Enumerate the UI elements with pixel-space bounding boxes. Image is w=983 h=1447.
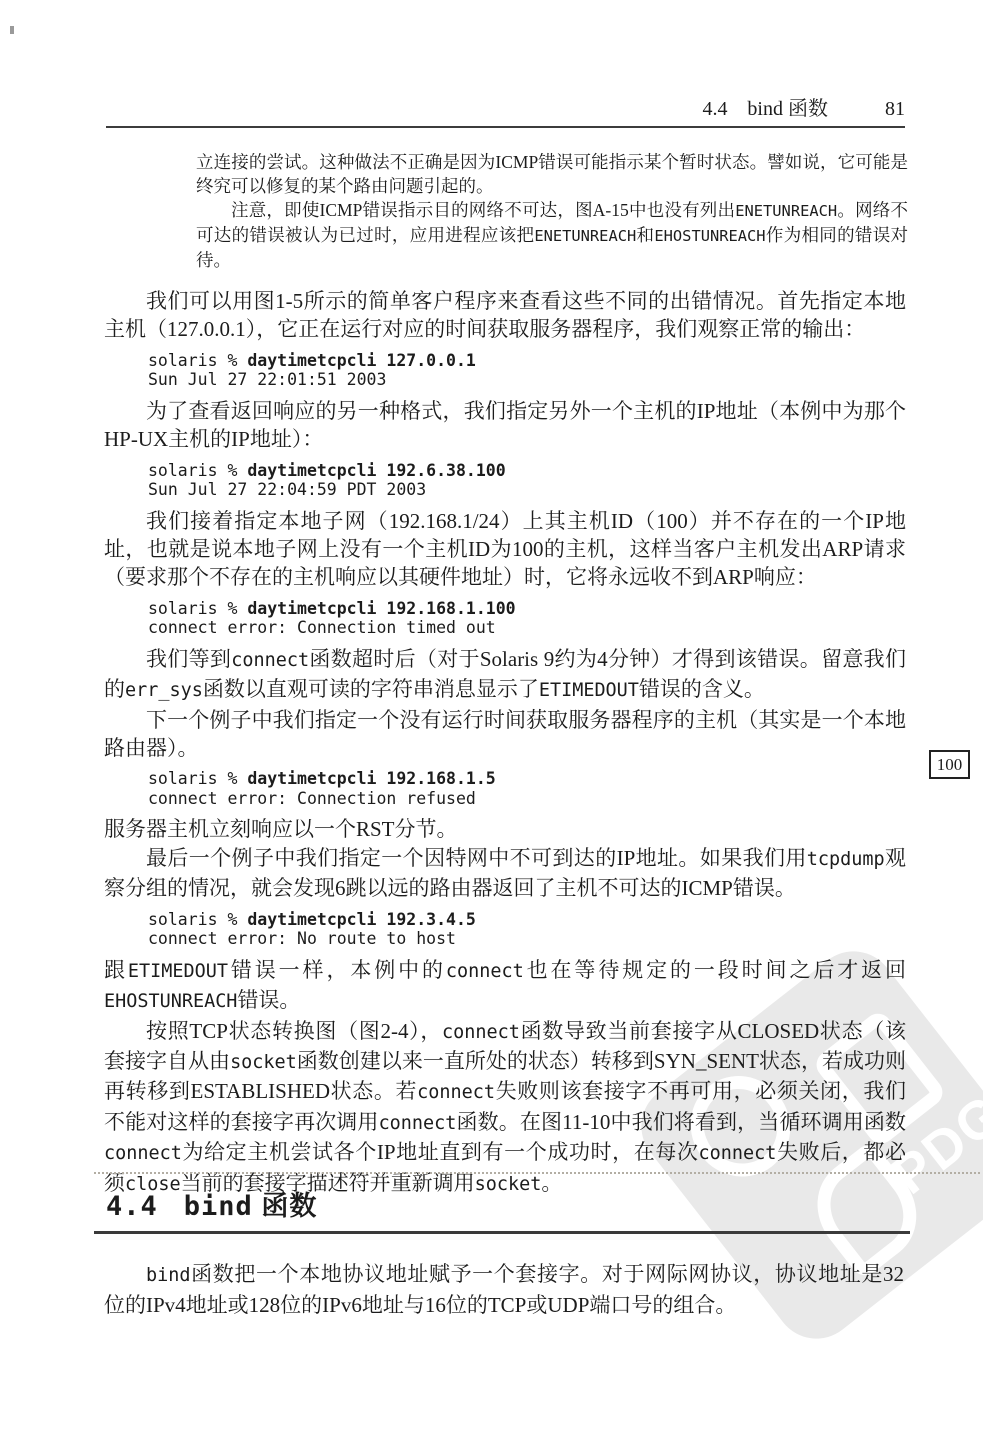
- margin-page-number-box: 100: [929, 750, 970, 779]
- section-title-code: bind: [184, 1191, 253, 1222]
- paragraph-ehostunreach: 跟ETIMEDOUT错误一样，本例中的connect也在等待规定的一段时间之后才…: [104, 956, 906, 1017]
- section-top-rule: [94, 1172, 980, 1174]
- code-block-hpux-host: solaris % daytimetcpcli 192.6.38.100 Sun…: [148, 461, 906, 500]
- section-heading-block: 4.4bind 函数 bind函数把一个本地协议地址赋予一个套接字。对于网际网协…: [94, 1172, 980, 1319]
- running-header-page-number: 81: [885, 98, 905, 121]
- code-command-line: solaris % daytimetcpcli 192.3.4.5: [148, 910, 906, 930]
- code-output-line: Sun Jul 27 22:04:59 PDT 2003: [148, 480, 906, 500]
- header-rule: [106, 126, 905, 128]
- paragraph-client-error-intro: 我们可以用图1-5所示的简单客户程序来查看这些不同的出错情况。首先指定本地主机（…: [104, 287, 906, 344]
- code-block-refused: solaris % daytimetcpcli 192.168.1.5 conn…: [148, 769, 906, 808]
- paragraph-unreachable-ip: 最后一个例子中我们指定一个因特网中不可到达的IP地址。如果我们用tcpdump观…: [104, 844, 906, 903]
- code-command-line: solaris % daytimetcpcli 127.0.0.1: [148, 351, 906, 371]
- code-output-line: Sun Jul 27 22:01:51 2003: [148, 370, 906, 390]
- shell-prompt: solaris %: [148, 461, 247, 480]
- shell-prompt: solaris %: [148, 769, 247, 788]
- paragraph-nonexistent-host: 我们接着指定本地子网（192.168.1/24）上其主机ID（100）并不存在的…: [104, 507, 906, 592]
- code-output-line: connect error: Connection timed out: [148, 618, 906, 638]
- paragraph-connect-timeout: 我们等到connect函数超时后（对于Solaris 9约为4分钟）才得到该错误…: [104, 645, 906, 706]
- code-block-no-route: solaris % daytimetcpcli 192.3.4.5 connec…: [148, 910, 906, 949]
- scanned-book-page: PDG 4.4 bind 函数 81 立连接的尝试。这种做法不正确是因为ICMP…: [0, 0, 983, 1447]
- running-header-title: 4.4 bind 函数: [702, 98, 828, 120]
- indented-note-block: 立连接的尝试。这种做法不正确是因为ICMP错误可能指示某个暂时状态。譬如说，它可…: [196, 150, 908, 272]
- section-title-suffix: 函数: [253, 1191, 318, 1221]
- shell-command: daytimetcpcli 192.6.38.100: [247, 461, 505, 480]
- code-command-line: solaris % daytimetcpcli 192.6.38.100: [148, 461, 906, 481]
- body-text-block: 我们可以用图1-5所示的简单客户程序来查看这些不同的出错情况。首先指定本地主机（…: [104, 287, 906, 1199]
- margin-page-number: 100: [937, 755, 963, 774]
- shell-prompt: solaris %: [148, 599, 247, 618]
- paragraph-rst-response: 服务器主机立刻响应以一个RST分节。: [104, 815, 906, 843]
- section-number: 4.4: [106, 1191, 158, 1222]
- code-block-timeout: solaris % daytimetcpcli 192.168.1.100 co…: [148, 599, 906, 638]
- code-output-line: connect error: No route to host: [148, 929, 906, 949]
- code-output-line: connect error: Connection refused: [148, 789, 906, 809]
- paragraph-other-host-format: 为了查看返回响应的另一种格式，我们指定另外一个主机的IP地址（本例中为那个HP-…: [104, 397, 906, 454]
- paragraph-next-example-router: 下一个例子中我们指定一个没有运行时间获取服务器程序的主机（其实是一个本地路由器）…: [104, 706, 906, 763]
- shell-prompt: solaris %: [148, 351, 247, 370]
- shell-prompt: solaris %: [148, 910, 247, 929]
- shell-command: daytimetcpcli 127.0.0.1: [247, 351, 475, 370]
- running-header: 4.4 bind 函数 81: [107, 92, 905, 121]
- note-paragraph: 立连接的尝试。这种做法不正确是因为ICMP错误可能指示某个暂时状态。譬如说，它可…: [196, 150, 908, 198]
- shell-command: daytimetcpcli 192.168.1.5: [247, 769, 495, 788]
- code-command-line: solaris % daytimetcpcli 192.168.1.5: [148, 769, 906, 789]
- section-underline-rule: [94, 1231, 910, 1234]
- shell-command: daytimetcpcli 192.168.1.100: [247, 599, 515, 618]
- code-block-localhost: solaris % daytimetcpcli 127.0.0.1 Sun Ju…: [148, 351, 906, 390]
- paragraph-bind-intro: bind函数把一个本地协议地址赋予一个套接字。对于网际网协议，协议地址是32位的…: [104, 1260, 904, 1319]
- section-heading: 4.4bind 函数: [106, 1184, 980, 1223]
- scan-artifact-dot: [10, 26, 14, 34]
- code-command-line: solaris % daytimetcpcli 192.168.1.100: [148, 599, 906, 619]
- note-paragraph: 注意，即使ICMP错误指示目的网络不可达，图A-15中也没有列出ENETUNRE…: [196, 198, 908, 272]
- shell-command: daytimetcpcli 192.3.4.5: [247, 910, 475, 929]
